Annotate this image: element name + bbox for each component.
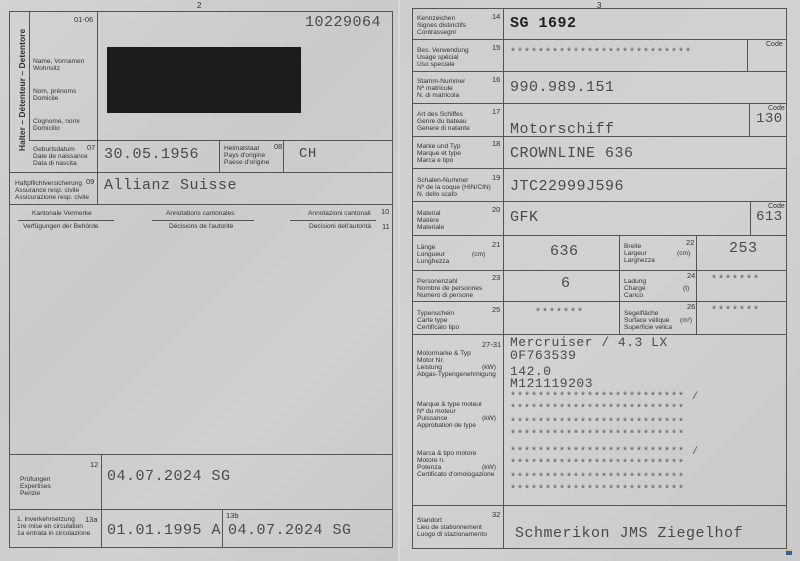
- load-value: *******: [711, 275, 760, 286]
- label: Perizie: [20, 490, 40, 498]
- field-number: 10: [381, 207, 389, 216]
- birth-date-value: 30.05.1956: [104, 146, 199, 163]
- unit-label: (cm): [472, 251, 485, 259]
- home-state-value: CH: [299, 146, 317, 162]
- code-label: Code: [766, 41, 783, 48]
- label: Materiale: [417, 224, 444, 232]
- field-number: 07: [87, 143, 95, 152]
- first-registration-value: 01.01.1995 A: [107, 522, 221, 539]
- label: Certificato d'omologazione: [417, 471, 495, 479]
- label: Domicile: [33, 95, 58, 103]
- label: Abgas-Typengenehmigung: [417, 371, 496, 379]
- label: Larghezza: [624, 257, 655, 265]
- annotation-header: Decisioni dell'autorità: [309, 223, 371, 230]
- field-number: 01-06: [74, 15, 93, 24]
- unit-label: (t): [683, 285, 689, 293]
- material-code: 613: [756, 209, 783, 225]
- label: Uso speciale: [417, 61, 455, 69]
- label: N. di matricola: [417, 92, 459, 100]
- label: Numero di persone: [417, 292, 473, 300]
- unit-label: (kW): [482, 415, 496, 423]
- label: N. dello scafo: [417, 191, 457, 199]
- location-value: Schmerikon JMS Ziegelhof: [515, 525, 743, 542]
- label: Paese d'origine: [224, 159, 269, 167]
- hull-number-value: JTC22999J596: [510, 178, 624, 195]
- redacted-name-block: [107, 47, 301, 113]
- plate-value: SG 1692: [510, 15, 577, 32]
- page-right: 3 Kennzeichen Signes distinctifs Contras…: [400, 0, 800, 561]
- sail-area-value: *******: [711, 306, 760, 317]
- engine3-line: *************************: [510, 473, 685, 484]
- engine2-line: ************************* /: [510, 392, 699, 403]
- field-number: 20: [492, 205, 500, 214]
- annotation-header: Verfügungen der Behörde: [23, 223, 99, 230]
- field-number: 22: [686, 238, 694, 247]
- engine1-number: 0F763539: [510, 348, 576, 363]
- label: Superficie velica: [624, 324, 672, 332]
- unit-label: (cm): [677, 250, 690, 258]
- serial-value: 990.989.151: [510, 79, 615, 96]
- label: Lunghezza: [417, 258, 449, 266]
- field-number: 19: [492, 173, 500, 182]
- field-number: 15: [492, 43, 500, 52]
- field-number: 26: [687, 302, 695, 311]
- label: Wohnsitz: [33, 65, 60, 73]
- field-number: 08: [274, 142, 282, 151]
- field-number: 17: [492, 107, 500, 116]
- field-number: 13a: [85, 515, 98, 524]
- unit-label: (m²): [680, 317, 692, 325]
- field-number: 23: [492, 273, 500, 282]
- engine3-line: ************************* /: [510, 447, 699, 458]
- holder-side-label: Halter – Détenteur – Detentore: [12, 12, 32, 167]
- engine3-line: *************************: [510, 485, 685, 496]
- label: 1a entrata in circolazione: [17, 530, 90, 538]
- engine2-line: *************************: [510, 430, 685, 441]
- special-use-value: **************************: [510, 48, 692, 59]
- field-number: 18: [492, 139, 500, 148]
- insurance-value: Allianz Suisse: [104, 177, 237, 194]
- material-value: GFK: [510, 209, 539, 226]
- field-number: 25: [492, 305, 500, 314]
- boat-type-code: 130: [756, 111, 783, 127]
- page-left: 2 Halter – Détenteur – Detentore 01-06 1…: [0, 0, 400, 561]
- engine1-approval: M121119203: [510, 376, 593, 391]
- engine2-line: *************************: [510, 418, 685, 429]
- engine2-line: *************************: [510, 404, 685, 415]
- type-cert-value: *******: [535, 308, 584, 319]
- label: Data di nascita: [33, 160, 77, 168]
- persons-value: 6: [561, 275, 571, 292]
- document-number: 10229064: [305, 14, 381, 31]
- field-number: 27-31: [482, 340, 501, 349]
- annotation-header: Décisions de l'autorité: [169, 223, 233, 230]
- label: Assicurazione resp. civile: [15, 194, 89, 202]
- annotation-header: Annotations cantonales: [166, 210, 235, 217]
- field-number: 32: [492, 510, 500, 519]
- annotation-header: Annotazioni cantonali: [308, 210, 371, 217]
- width-value: 253: [729, 240, 758, 257]
- field-number: 09: [86, 177, 94, 186]
- scanner-mark-icon: [786, 549, 792, 555]
- label: Genere di natante: [417, 125, 470, 133]
- make-model-value: CROWNLINE 636: [510, 145, 634, 162]
- field-number: 12: [90, 460, 98, 469]
- annotation-header: Kantonale Vermerke: [32, 210, 92, 217]
- label: Certificato tipo: [417, 324, 459, 332]
- label: Carico: [624, 292, 643, 300]
- length-value: 636: [550, 243, 579, 260]
- field-number: 24: [687, 271, 695, 280]
- label: Contrassegni: [417, 29, 456, 37]
- field-number: 14: [492, 12, 500, 21]
- label: Luogo di stazionamento: [417, 531, 487, 539]
- field-number: 11: [382, 222, 390, 231]
- field-number: 16: [492, 75, 500, 84]
- inspections-value: 04.07.2024 SG: [107, 468, 231, 485]
- field-number: 21: [492, 240, 500, 249]
- label: Domicilio: [33, 125, 60, 133]
- field-number: 13b: [226, 511, 239, 520]
- label: Marca e tipo: [417, 157, 453, 165]
- page-number-left: 2: [197, 1, 201, 10]
- engine3-line: *************************: [510, 459, 685, 470]
- label: Approbation de type: [417, 422, 476, 430]
- registration-b-value: 04.07.2024 SG: [228, 522, 352, 539]
